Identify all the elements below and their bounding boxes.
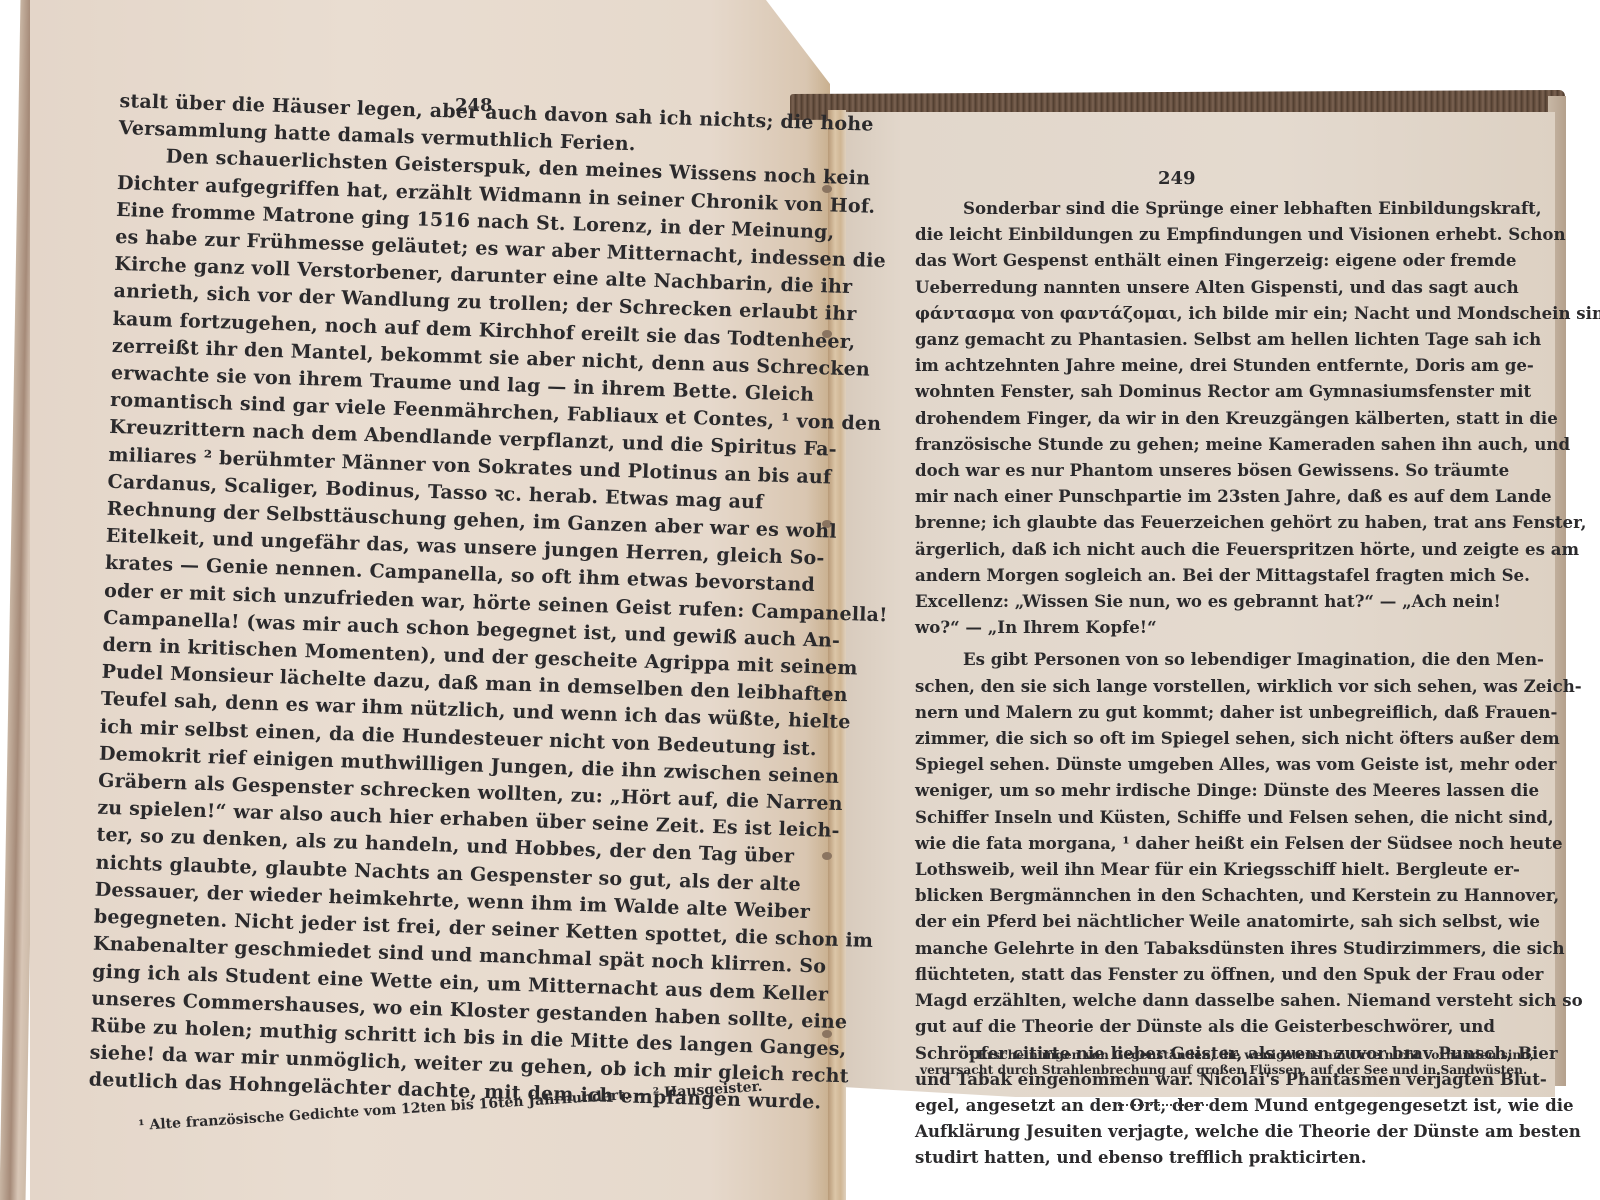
left-page-body: stalt über die Häuser legen, aber auch d… bbox=[88, 88, 769, 1114]
text-line: andern Morgen sogleich an. Bei der Mitta… bbox=[915, 562, 1493, 588]
text-line: Magd erzählten, welche dann dasselbe sah… bbox=[915, 987, 1493, 1013]
text-line: doch war es nur Phantom unseres bösen Ge… bbox=[915, 457, 1493, 483]
text-line: schen, den sie sich lange vorstellen, wi… bbox=[915, 673, 1493, 699]
text-line: verursacht durch Strahlenbrechung auf gr… bbox=[920, 1063, 1505, 1078]
right-page-footnote: ¹ Erscheinungen von Gegenständen, die we… bbox=[920, 1048, 1505, 1078]
text-line: φάντασμα von φαντάζομαι, ich bilde mir e… bbox=[915, 300, 1493, 326]
text-line: wo?“ — „In Ihrem Kopfe!“ bbox=[915, 614, 1493, 640]
text-line: die leicht Einbildungen zu Empfindungen … bbox=[915, 221, 1493, 247]
section-end-ornament bbox=[1118, 1098, 1208, 1106]
paragraph-1: Sonderbar sind die Sprünge einer lebhaft… bbox=[915, 195, 1493, 640]
text-line: mir nach einer Punschpartie im 23sten Ja… bbox=[915, 483, 1493, 509]
text-line: gut auf die Theorie der Dünste als die G… bbox=[915, 1013, 1493, 1039]
text-line: ganz gemacht zu Phantasien. Selbst am he… bbox=[915, 326, 1493, 352]
text-line: Ueberredung nannten unsere Alten Gispens… bbox=[915, 274, 1493, 300]
text-line: Aufklärung Jesuiten verjagte, welche die… bbox=[915, 1118, 1493, 1144]
text-line: Es gibt Personen von so lebendiger Imagi… bbox=[915, 646, 1493, 672]
text-line: zimmer, die sich so oft im Spiegel sehen… bbox=[915, 725, 1493, 751]
text-line: Schiffer Inseln und Küsten, Schiffe und … bbox=[915, 804, 1493, 830]
text-line: Spiegel sehen. Dünste umgeben Alles, was… bbox=[915, 751, 1493, 777]
paragraph-2: Es gibt Personen von so lebendiger Imagi… bbox=[915, 646, 1493, 1170]
right-page-number: 249 bbox=[1158, 168, 1196, 189]
right-page-body: Sonderbar sind die Sprünge einer lebhaft… bbox=[915, 195, 1493, 1171]
text-line: wie die fata morgana, ¹ daher heißt ein … bbox=[915, 830, 1493, 856]
text-line: blicken Bergmännchen in den Schachten, u… bbox=[915, 882, 1493, 908]
text-line: ärgerlich, daß ich nicht auch die Feuers… bbox=[915, 536, 1493, 562]
text-line: manche Gelehrte in den Tabaksdünsten ihr… bbox=[915, 935, 1493, 961]
text-line: Lothsweib, weil ihn Mear für ein Kriegss… bbox=[915, 856, 1493, 882]
text-line: flüchteten, statt das Fenster zu öffnen,… bbox=[915, 961, 1493, 987]
text-line: französische Stunde zu gehen; meine Kame… bbox=[915, 431, 1493, 457]
text-line: im achtzehnten Jahre meine, drei Stunden… bbox=[915, 352, 1493, 378]
text-line: ¹ Erscheinungen von Gegenständen, die we… bbox=[920, 1048, 1505, 1063]
text-line: Excellenz: „Wissen Sie nun, wo es gebran… bbox=[915, 588, 1493, 614]
text-line: nern und Malern zu gut kommt; daher ist … bbox=[915, 699, 1493, 725]
text-line: brenne; ich glaubte das Feuerzeichen geh… bbox=[915, 509, 1493, 535]
text-line: weniger, um so mehr irdische Dinge: Düns… bbox=[915, 777, 1493, 803]
text-line: Sonderbar sind die Sprünge einer lebhaft… bbox=[915, 195, 1493, 221]
binding-stitch bbox=[822, 852, 832, 860]
text-line: studirt hatten, und ebenso trefflich pra… bbox=[915, 1144, 1493, 1170]
text-line: drohendem Finger, da wir in den Kreuzgän… bbox=[915, 405, 1493, 431]
text-line: das Wort Gespenst enthält einen Fingerze… bbox=[915, 247, 1493, 273]
text-line: wohnten Fenster, sah Dominus Rector am G… bbox=[915, 378, 1493, 404]
text-line: der ein Pferd bei nächtlicher Weile anat… bbox=[915, 908, 1493, 934]
